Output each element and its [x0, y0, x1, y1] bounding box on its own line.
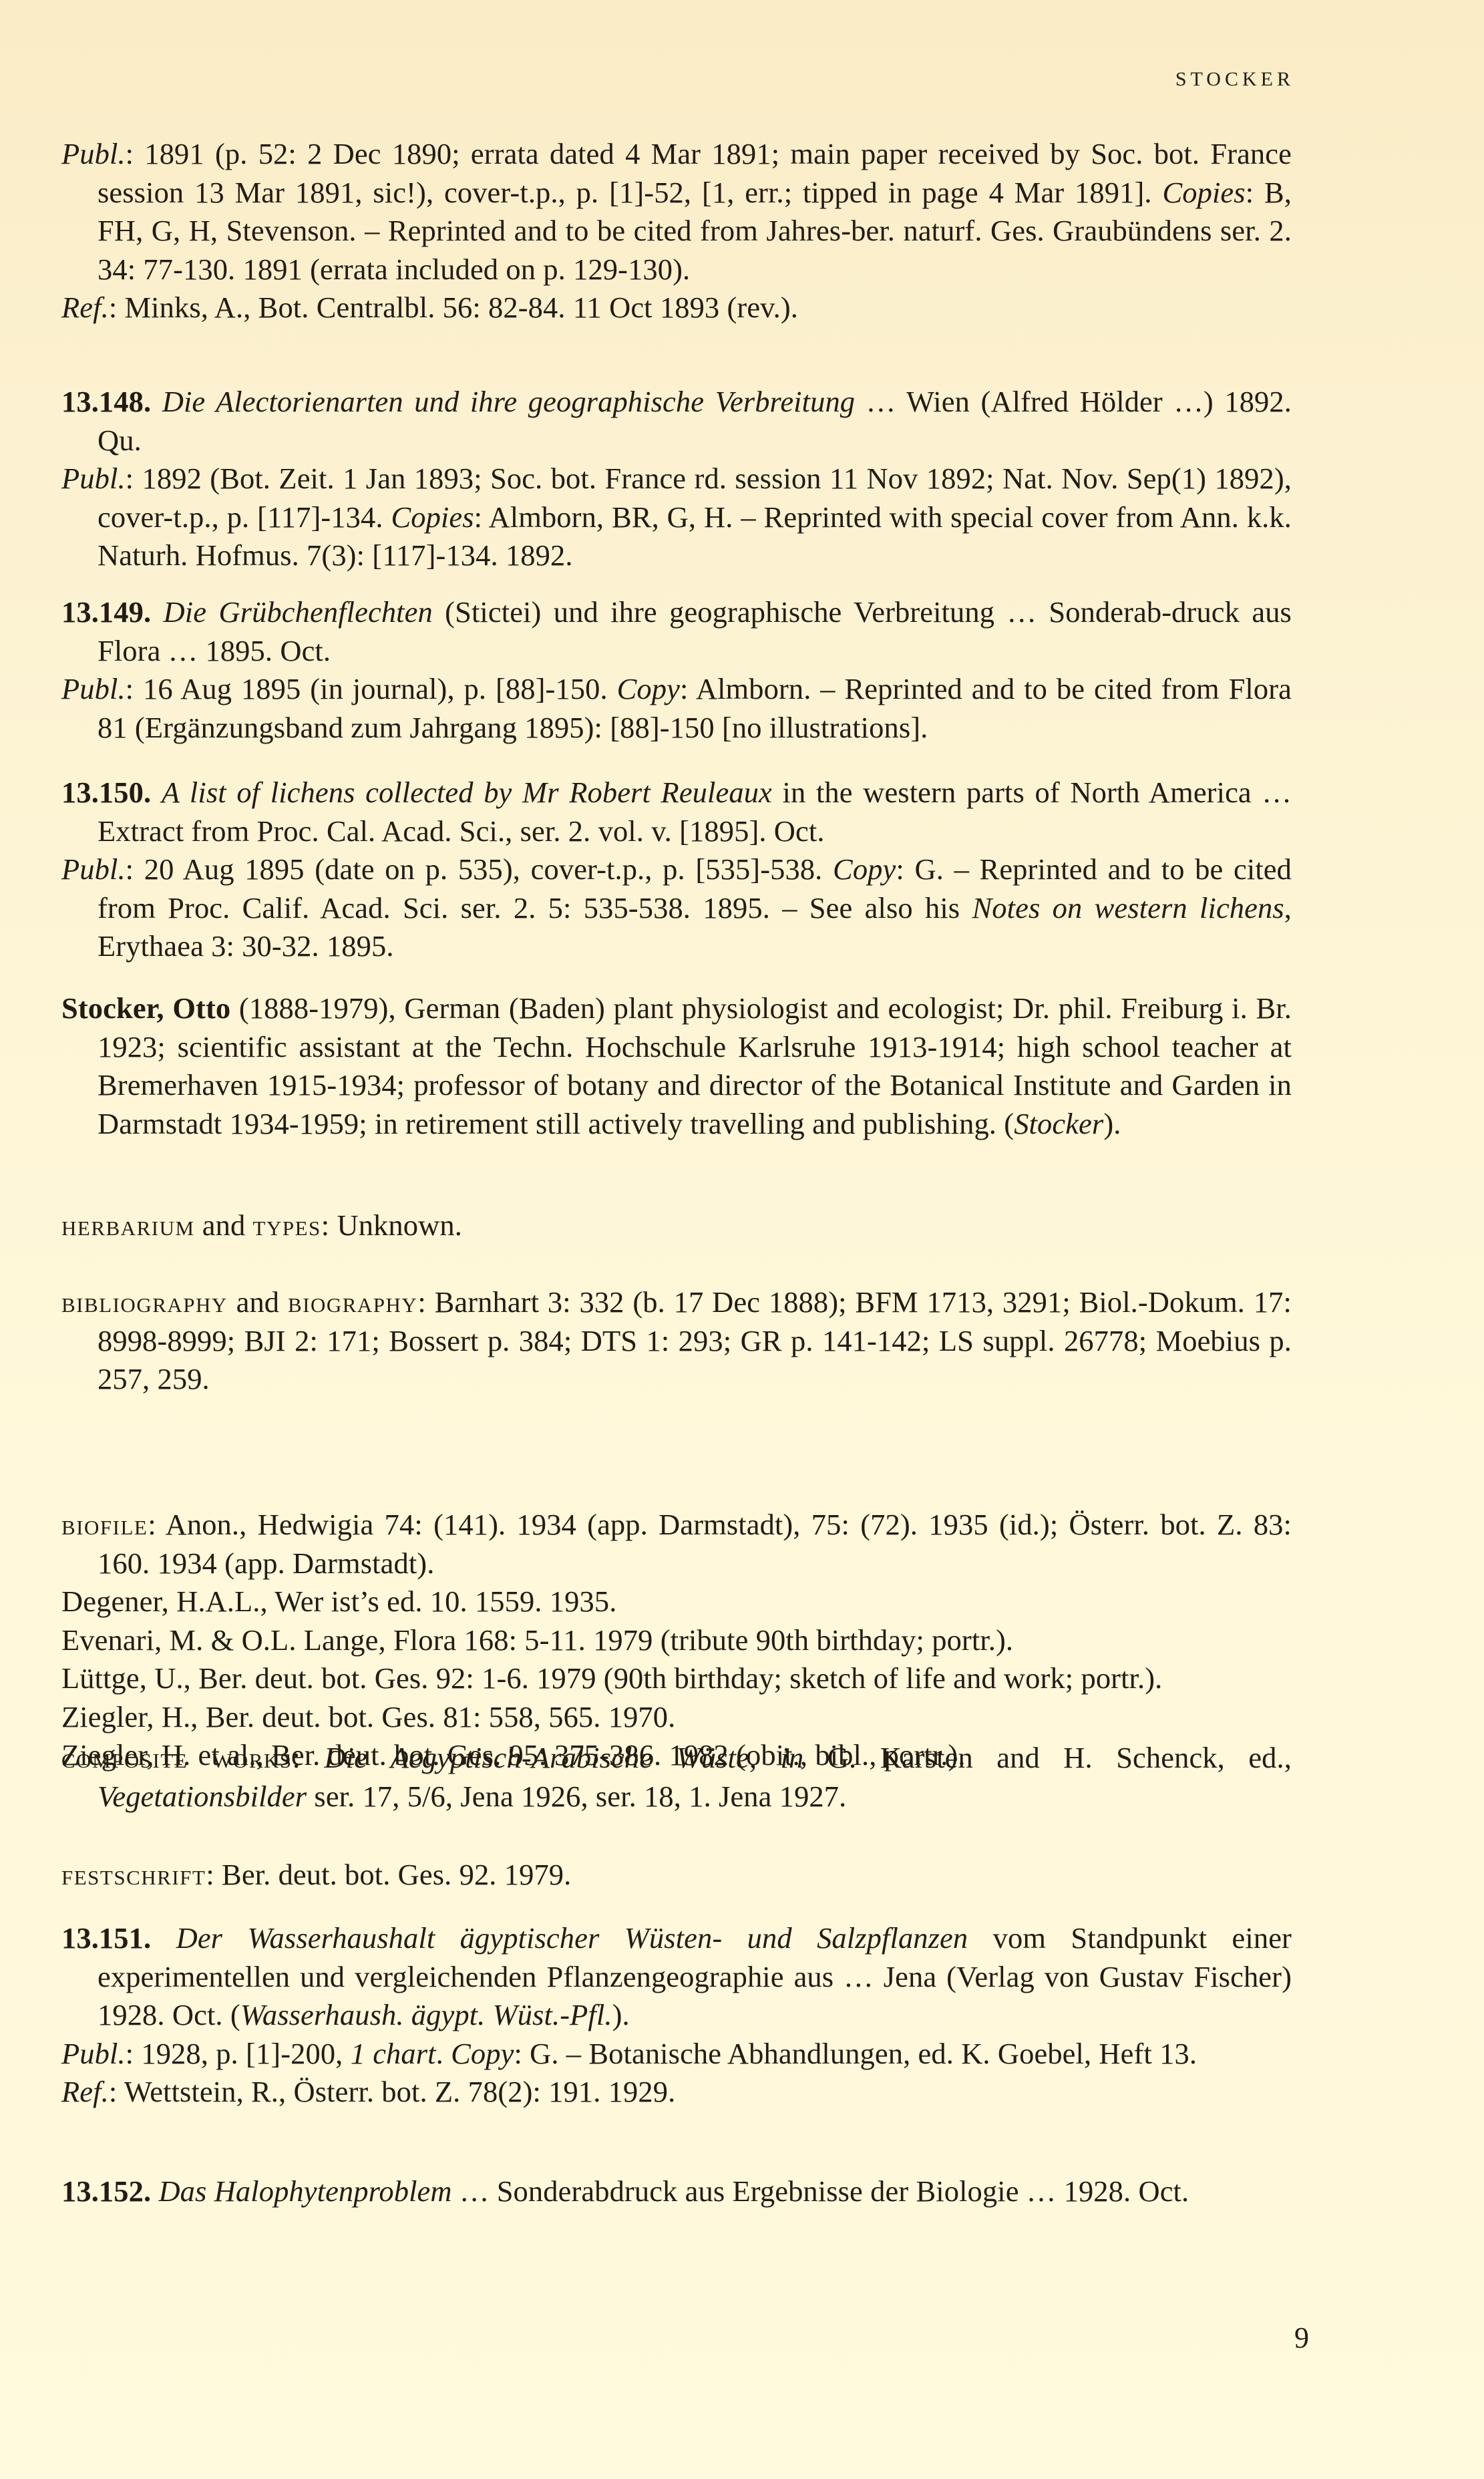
italic-text: Copy: [833, 852, 896, 886]
entry-heading: 13.149.: [61, 595, 164, 629]
italic-text: A list of lichens collected by Mr Robert…: [162, 776, 772, 809]
paragraph: Publ.: 1892 (Bot. Zeit. 1 Jan 1893; Soc.…: [61, 460, 1292, 575]
entry-heading: 13.152.: [61, 2174, 158, 2208]
italic-text: Die Alectorienarten und ihre geographisc…: [162, 385, 855, 418]
text-run: ).: [612, 1998, 630, 2031]
paragraph: Ziegler, H., Ber. deut. bot. Ges. 81: 55…: [61, 1698, 1292, 1737]
paragraph: 13.148. Die Alectorienarten und ihre geo…: [61, 383, 1292, 460]
composite-works: COMPOSITE WORKS: Die Aegyptisch-Arabisch…: [61, 1739, 1292, 1816]
paragraph: 13.151. Der Wasserhaushalt ägyptischer W…: [61, 1919, 1292, 2035]
italic-text: Publ.: [61, 852, 126, 886]
text-run: : Ber. deut. bot. Ges. 92. 1979.: [206, 1858, 571, 1891]
paragraph: FESTSCHRIFT: Ber. deut. bot. Ges. 92. 19…: [61, 1856, 1292, 1894]
paragraph: Publ.: 20 Aug 1895 (date on p. 535), cov…: [61, 850, 1292, 966]
bibliography-and-biography: BIBLIOGRAPHY and BIOGRAPHY: Barnhart 3: …: [61, 1283, 1292, 1399]
italic-text: Copy: [451, 2037, 514, 2070]
paragraph: 13.152. Das Halophytenproblem … Sonderab…: [61, 2172, 1292, 2211]
text-run: : 1928, p. [1]-200,: [126, 2037, 351, 2070]
entry-heading: 13.150.: [61, 776, 162, 809]
text-run: ser. 17, 5/6, Jena 1926, ser. 18, 1. Jen…: [307, 1780, 846, 1813]
paragraph: COMPOSITE WORKS: Die Aegyptisch-Arabisch…: [61, 1739, 1292, 1816]
section-label: TYPES: [253, 1208, 321, 1242]
italic-text: Stocker: [1014, 1107, 1103, 1140]
paragraph: Evenari, M. & O.L. Lange, Flora 168: 5-1…: [61, 1621, 1292, 1660]
italic-text: Das Halophytenproblem: [158, 2174, 451, 2208]
italic-text: Copies: [391, 500, 474, 534]
paragraph: Publ.: 1891 (p. 52: 2 Dec 1890; errata d…: [61, 135, 1292, 289]
italic-text: Publ.: [61, 2037, 126, 2070]
text-run: Evenari, M. & O.L. Lange, Flora 168: 5-1…: [61, 1623, 1013, 1657]
text-run: Lüttge, U., Ber. deut. bot. Ges. 92: 1-6…: [61, 1661, 1162, 1695]
italic-text: Die Aegyptisch-Arabische Wüste: [324, 1741, 749, 1774]
paragraph: Lüttge, U., Ber. deut. bot. Ges. 92: 1-6…: [61, 1659, 1292, 1698]
running-head: STOCKER: [1161, 68, 1294, 91]
paragraph: Ref.: Minks, A., Bot. Centralbl. 56: 82-…: [61, 289, 1292, 327]
paragraph: Publ.: 16 Aug 1895 (in journal), p. [88]…: [61, 670, 1292, 747]
section-label: BIOFILE: [61, 1508, 148, 1541]
entry-heading: Stocker, Otto: [61, 991, 230, 1025]
italic-text: Wasserhaush. ägypt. Wüst.-Pfl.: [240, 1998, 612, 2031]
herbarium-and-types: HERBARIUM and TYPES: Unknown.: [61, 1206, 1292, 1245]
text-run: … Sonderabdruck aus Ergebnisse der Biolo…: [452, 2174, 1189, 2208]
entry-13-149: 13.149. Die Grübchenflechten (Stictei) u…: [61, 593, 1292, 747]
entry-13-148: 13.148. Die Alectorienarten und ihre geo…: [61, 383, 1292, 575]
section-label: BIBLIOGRAPHY: [61, 1285, 228, 1319]
entry-13-152: 13.152. Das Halophytenproblem … Sonderab…: [61, 2172, 1292, 2211]
italic-text: Der Wasserhaushalt ägyptischer Wüsten- u…: [176, 1921, 968, 1955]
text-run: : 20 Aug 1895 (date on p. 535), cover-t.…: [126, 852, 833, 886]
text-run: :: [293, 1741, 325, 1774]
entry-heading: 13.148.: [61, 385, 162, 418]
italic-text: Notes on western lichens: [972, 891, 1284, 925]
biography-stocker-otto: Stocker, Otto (1888-1979), German (Baden…: [61, 989, 1292, 1143]
paragraph: HERBARIUM and TYPES: Unknown.: [61, 1206, 1292, 1245]
biofile: BIOFILE: Anon., Hedwigia 74: (141). 1934…: [61, 1506, 1292, 1775]
text-run: : Wettstein, R., Österr. bot. Z. 78(2): …: [109, 2075, 676, 2108]
italic-text: Publ.: [61, 672, 126, 705]
text-run: : Anon., Hedwigia 74: (141). 1934 (app. …: [98, 1508, 1292, 1580]
paragraph: Publ.: 1928, p. [1]-200, 1 chart. Copy: …: [61, 2035, 1292, 2074]
italic-text: Die Grübchenflechten: [164, 595, 433, 629]
section-label: FESTSCHRIFT: [61, 1858, 206, 1891]
paragraph: Ref.: Wettstein, R., Österr. bot. Z. 78(…: [61, 2073, 1292, 2112]
section-label: COMPOSITE WORKS: [61, 1741, 293, 1774]
paragraph: 13.150. A list of lichens collected by M…: [61, 774, 1292, 850]
text-run: ,: [749, 1741, 781, 1774]
italic-text: Vegetationsbilder: [98, 1780, 307, 1813]
entry-heading: 13.151.: [61, 1921, 176, 1955]
text-run: Ziegler, H., Ber. deut. bot. Ges. 81: 55…: [61, 1700, 675, 1733]
italic-text: Copies: [1162, 176, 1245, 209]
text-run: and: [228, 1285, 288, 1319]
text-run: : 16 Aug 1895 (in journal), p. [88]-150.: [126, 672, 617, 705]
entry-13-147-continuation: Publ.: 1891 (p. 52: 2 Dec 1890; errata d…: [61, 135, 1292, 327]
paragraph: Stocker, Otto (1888-1979), German (Baden…: [61, 989, 1292, 1143]
text-run: and: [195, 1208, 253, 1242]
italic-text: Publ.: [61, 137, 126, 170]
italic-text: Publ.: [61, 462, 126, 495]
text-run: : Unknown.: [321, 1208, 462, 1242]
entry-13-151: 13.151. Der Wasserhaushalt ägyptischer W…: [61, 1919, 1292, 2112]
italic-text: 1 chart: [351, 2037, 436, 2070]
paragraph: Degener, H.A.L., Wer ist’s ed. 10. 1559.…: [61, 1583, 1292, 1621]
text-run: ).: [1103, 1107, 1121, 1140]
section-label: BIOGRAPHY: [288, 1285, 417, 1319]
paragraph: BIBLIOGRAPHY and BIOGRAPHY: Barnhart 3: …: [61, 1283, 1292, 1399]
italic-text: Copy: [617, 672, 680, 705]
paragraph: BIOFILE: Anon., Hedwigia 74: (141). 1934…: [61, 1506, 1292, 1583]
italic-text: in: [781, 1741, 804, 1774]
italic-text: Ref.: [61, 2075, 109, 2108]
text-run: : G. – Botanische Abhandlungen, ed. K. G…: [514, 2037, 1197, 2070]
paragraph: 13.149. Die Grübchenflechten (Stictei) u…: [61, 593, 1292, 670]
festschrift: FESTSCHRIFT: Ber. deut. bot. Ges. 92. 19…: [61, 1856, 1292, 1894]
page-number: 9: [1282, 2321, 1309, 2355]
text-run: : 1891 (p. 52: 2 Dec 1890; errata dated …: [98, 137, 1292, 209]
entry-13-150: 13.150. A list of lichens collected by M…: [61, 774, 1292, 966]
text-run: .: [436, 2037, 451, 2070]
text-run: : Minks, A., Bot. Centralbl. 56: 82-84. …: [109, 291, 798, 324]
text-run: G. Karsten and H. Schenck, ed.,: [803, 1741, 1292, 1774]
italic-text: Ref.: [61, 291, 109, 324]
section-label: HERBARIUM: [61, 1208, 195, 1242]
text-run: Degener, H.A.L., Wer ist’s ed. 10. 1559.…: [61, 1585, 616, 1618]
